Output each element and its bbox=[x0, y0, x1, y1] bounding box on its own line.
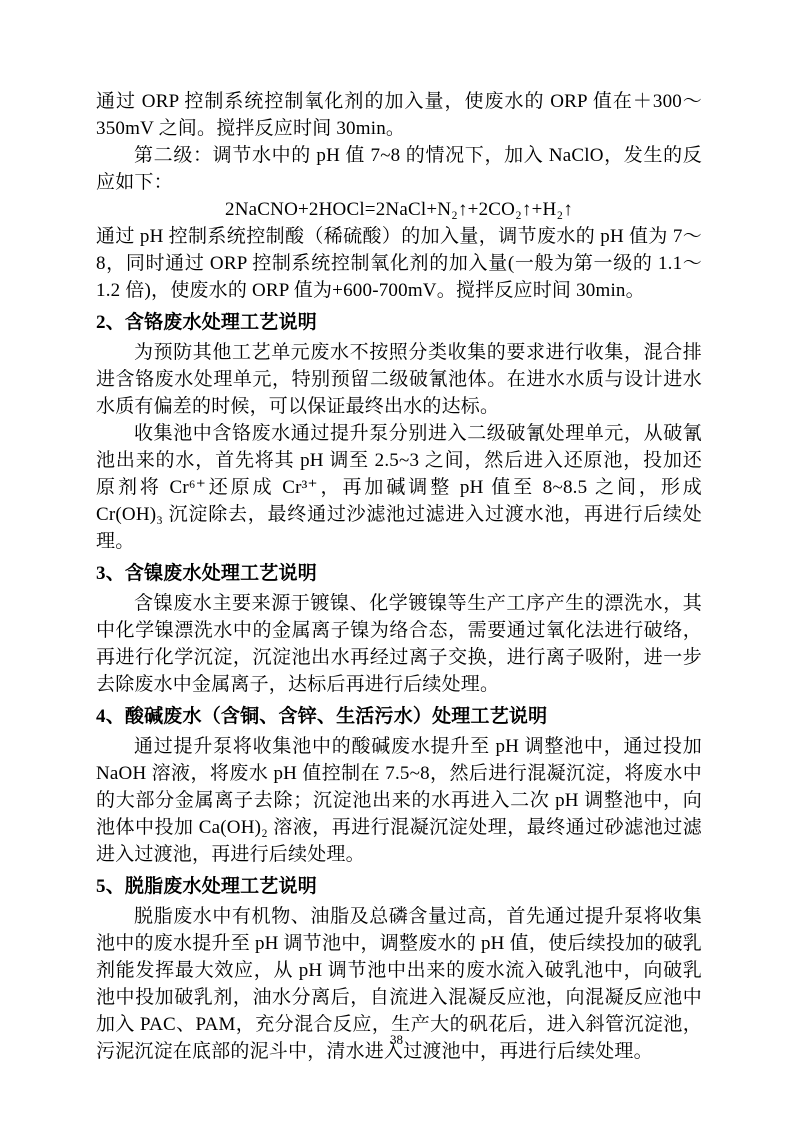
section-heading-degreasing: 5、脱脂废水处理工艺说明 bbox=[96, 873, 702, 900]
page-number: 38 bbox=[0, 1032, 793, 1048]
paragraph-chromium-prevention: 为预防其他工艺单元废水不按照分类收集的要求进行收集，混合排进含铬废水处理单元，特… bbox=[96, 339, 702, 420]
paragraph-second-stage-intro: 第二级：调节水中的 pH 值 7~8 的情况下，加入 NaClO，发生的反应如下… bbox=[96, 142, 702, 196]
section-heading-nickel: 3、含镍废水处理工艺说明 bbox=[96, 560, 702, 587]
paragraph-chromium-process: 收集池中含铬废水通过提升泵分别进入二级破氰处理单元，从破氰池出来的水，首先将其 … bbox=[96, 420, 702, 555]
document-body: 通过 ORP 控制系统控制氧化剂的加入量，使废水的 ORP 值在＋300～350… bbox=[96, 88, 702, 1065]
section-heading-acid-alkali: 4、酸碱废水（含铜、含锌、生活污水）处理工艺说明 bbox=[96, 703, 702, 730]
paragraph-orp-first-stage: 通过 ORP 控制系统控制氧化剂的加入量，使废水的 ORP 值在＋300～350… bbox=[96, 88, 702, 142]
paragraph-acid-alkali-process: 通过提升泵将收集池中的酸碱废水提升至 pH 调整池中，通过投加 NaOH 溶液，… bbox=[96, 733, 702, 868]
paragraph-ph-orp-control: 通过 pH 控制系统控制酸（稀硫酸）的加入量，调节废水的 pH 值为 7～8，同… bbox=[96, 223, 702, 304]
paragraph-nickel-process: 含镍废水主要来源于镀镍、化学镀镍等生产工序产生的漂洗水，其中化学镍漂洗水中的金属… bbox=[96, 590, 702, 698]
chemical-equation: 2NaCNO+2HOCl=2NaCl+N₂↑+2CO₂↑+H₂↑ bbox=[96, 196, 702, 223]
section-heading-chromium: 2、含铬废水处理工艺说明 bbox=[96, 309, 702, 336]
document-page: 通过 ORP 控制系统控制氧化剂的加入量，使废水的 ORP 值在＋300～350… bbox=[0, 0, 793, 1122]
